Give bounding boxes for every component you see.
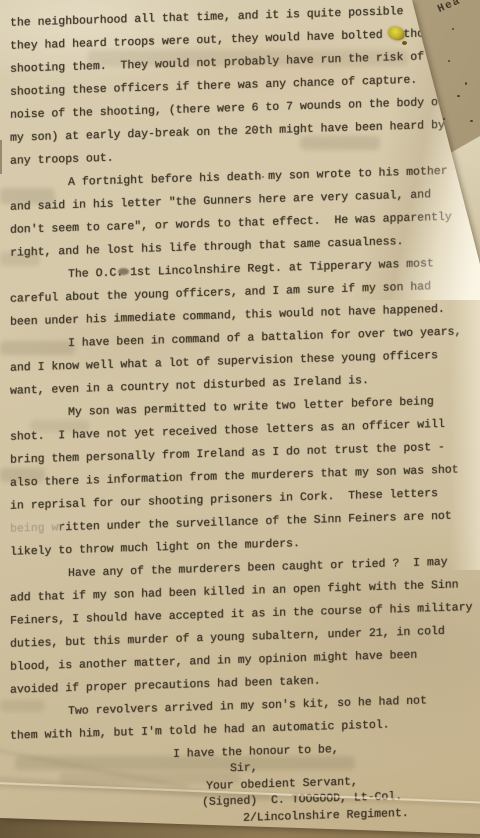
- paper-speck: [262, 176, 264, 178]
- ink-offset-smudge: [0, 700, 45, 712]
- tape-speck: [402, 41, 407, 45]
- letter-page-shadow: the neighbourhood all that time, and it …: [0, 0, 480, 838]
- page-left-edge-shadow: [0, 140, 2, 174]
- ink-offset-smudge: [0, 468, 45, 482]
- faded-ink-patch: [8, 519, 60, 535]
- document-photo: Hea the neighbourhood all that time, and…: [0, 0, 480, 838]
- letter-page: the neighbourhood all that time, and it …: [0, 0, 480, 838]
- ink-blot: [118, 268, 129, 275]
- ink-offset-smudge: [0, 252, 40, 266]
- ink-offset-smudge: [30, 420, 90, 432]
- ink-offset-smudge: [0, 341, 75, 355]
- ink-offset-smudge: [0, 188, 55, 204]
- right-edge-glare: [450, 170, 480, 570]
- paper-speck: [150, 40, 153, 42]
